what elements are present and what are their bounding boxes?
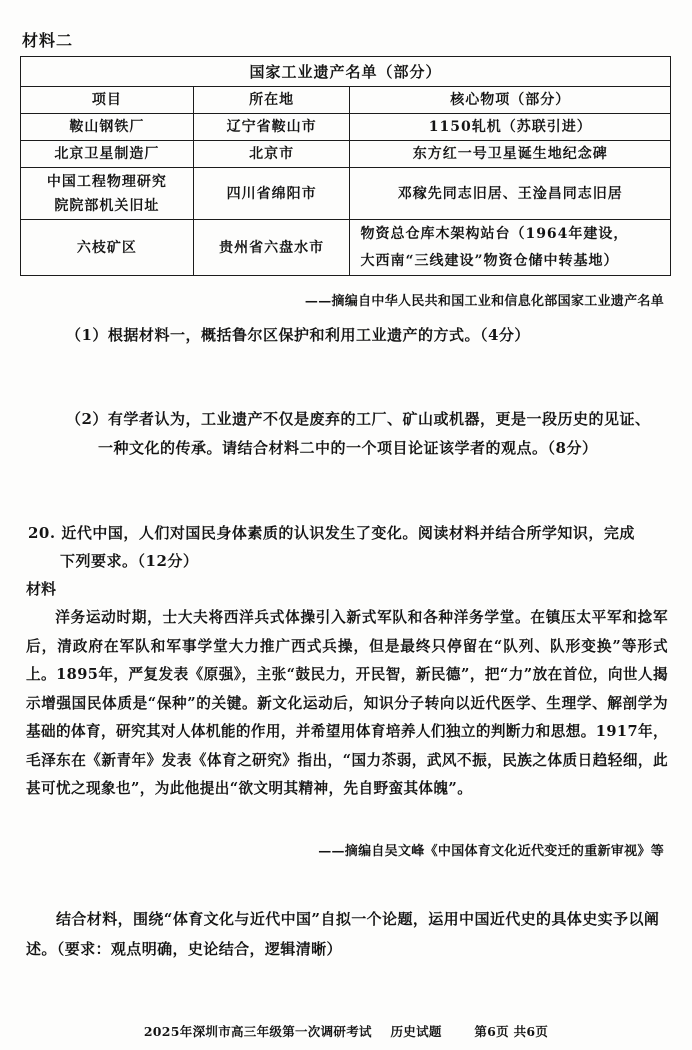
cell-core-items-line: 物资总仓库木架构站台（1964年建设， — [360, 221, 666, 248]
question-20-material-label: 材料 — [26, 578, 56, 599]
table-row: 六枝矿区 贵州省六盘水市 物资总仓库木架构站台（1964年建设， 大西南“三线建… — [21, 220, 671, 276]
industrial-heritage-table: 国家工业遗产名单（部分） 项目 所在地 核心物项（部分） 鞍山钢铁厂 辽宁省鞍山… — [20, 56, 671, 276]
cell-core-items-line: 大西南“三线建设”物资仓储中转基地） — [360, 248, 666, 275]
table-row: 鞍山钢铁厂 辽宁省鞍山市 1150轧机（苏联引进） — [21, 114, 671, 141]
header-location: 所在地 — [193, 87, 350, 114]
footer-page-number: 第6页 共6页 — [474, 1024, 548, 1039]
table-row: 北京卫星制造厂 北京市 东方红一号卫星诞生地纪念碑 — [21, 141, 671, 168]
header-core-items: 核心物项（部分） — [350, 87, 671, 114]
question-19-1: （1）根据材料一，概括鲁尔区保护和利用工业遗产的方式。（4分） — [66, 324, 530, 345]
cell-location: 贵州省六盘水市 — [193, 220, 350, 276]
question-20-material-text: 洋务运动时期，士大夫将西洋兵式体操引入新式军队和各种洋务学堂。在镇压太平军和捻军… — [26, 604, 668, 804]
material-two-label: 材料二 — [22, 28, 73, 51]
footer-subject: 历史试题 — [390, 1024, 441, 1039]
cell-location: 北京市 — [193, 141, 350, 168]
cell-core-items: 1150轧机（苏联引进） — [350, 114, 671, 141]
question-19-2-line1: （2）有学者认为，工业遗产不仅是废弃的工厂、矿山或机器，更是一段历史的见证、 — [66, 408, 650, 429]
table-row: 中国工程物理研究 院院部机关旧址 四川省绵阳市 邓稼先同志旧居、王淦昌同志旧居 — [21, 168, 671, 220]
question-20-stem-line1: 20. 近代中国，人们对国民身体素质的认识发生了变化。阅读材料并结合所学知识，完… — [28, 522, 635, 543]
cell-project-line: 中国工程物理研究 — [25, 170, 189, 194]
cell-core-items: 邓稼先同志旧居、王淦昌同志旧居 — [350, 168, 671, 220]
header-project: 项目 — [21, 87, 194, 114]
material-two-source: ——摘编自中华人民共和国工业和信息化部国家工业遗产名单 — [305, 290, 664, 309]
table-caption: 国家工业遗产名单（部分） — [21, 57, 671, 87]
question-20-stem-line2: 下列要求。（12分） — [60, 550, 198, 571]
page-footer: 2025年深圳市高三年级第一次调研考试 历史试题 第6页 共6页 — [0, 1022, 692, 1040]
cell-core-items: 物资总仓库木架构站台（1964年建设， 大西南“三线建设”物资仓储中转基地） — [350, 220, 671, 276]
question-20-source: ——摘编自吴文峰《中国体育文化近代变迁的重新审视》等 — [318, 840, 664, 859]
cell-project: 鞍山钢铁厂 — [21, 114, 194, 141]
cell-location: 四川省绵阳市 — [193, 168, 350, 220]
cell-project: 中国工程物理研究 院院部机关旧址 — [21, 168, 194, 220]
cell-location: 辽宁省鞍山市 — [193, 114, 350, 141]
cell-project: 北京卫星制造厂 — [21, 141, 194, 168]
cell-project-line: 院院部机关旧址 — [25, 194, 189, 218]
question-19-2-line2: 一种文化的传承。请结合材料二中的一个项目论证该学者的观点。（8分） — [98, 437, 597, 458]
cell-project: 六枝矿区 — [21, 220, 194, 276]
footer-exam-title: 2025年深圳市高三年级第一次调研考试 — [144, 1024, 372, 1039]
question-20-task: 结合材料，围绕“体育文化与近代中国”自拟一个论题，运用中国近代史的具体史实予以阐… — [26, 904, 668, 964]
cell-core-items: 东方红一号卫星诞生地纪念碑 — [350, 141, 671, 168]
